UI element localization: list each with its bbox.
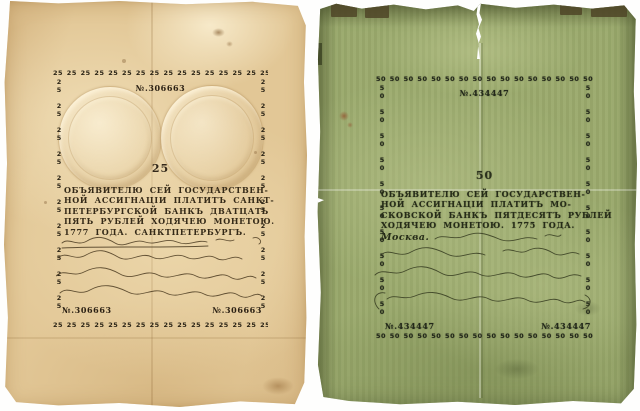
handwritten-signatures [56, 235, 268, 301]
obligation-line: ПЕТЕРБУРГСКОЙ БАНКЪ ДВАТЦАТЬ [64, 206, 264, 216]
obligation-text: ОБЪЯВИТЕЛЮ СЕЙ ГОСУДАРСТВЕН- НОЙ АССИГНА… [64, 185, 264, 237]
tape-residue-patch [560, 3, 582, 15]
serial-number-bottom-left: №.306663 [62, 305, 112, 315]
assignat-50-rubles-1775: 50 50 50 50 50 50 50 50 50 50 50 50 50 5… [317, 3, 637, 405]
paper-stain [254, 151, 257, 154]
serial-number-bottom-right: №.306663 [212, 305, 262, 315]
tape-residue-patch [365, 3, 389, 18]
tape-residue-patch [591, 3, 627, 17]
signature-flourish [375, 293, 385, 309]
signature-stroke [435, 233, 561, 241]
paper-stain [44, 201, 47, 204]
paper-stain [339, 111, 349, 121]
obligation-text: ОБЪЯВИТЕЛЮ СЕЙ ГОСУДАРСТВЕН- НОЙ АССИГНА… [381, 189, 587, 231]
obligation-line: НОЙ АССИГНАЦІИ ПЛАТИТЪ МО- [381, 199, 587, 209]
signature-after-place [433, 230, 563, 244]
paper-stain [262, 377, 294, 395]
signature-stroke [381, 248, 579, 257]
signature-stroke [62, 237, 261, 244]
signature-stroke [56, 268, 256, 280]
paper-stain [212, 28, 225, 37]
obligation-line: ПЯТЬ РУБЛЕЙ ХОДЯЧЕЮ МОНЕТОЮ. [64, 216, 264, 226]
ornament-border-top: 25 25 25 25 25 25 25 25 25 25 25 25 25 2… [53, 68, 268, 79]
obligation-line: СКОВСКОЙ БАНКЪ ПЯТДЕСЯТЪ РУБЛЕЙ [381, 210, 587, 220]
signature-stroke [60, 286, 262, 298]
signature-stroke [375, 267, 581, 279]
denomination-numeral: 25 [53, 162, 268, 175]
paper-stain [347, 122, 353, 128]
signature-underline [62, 246, 208, 248]
ornament-border-bottom: 25 25 25 25 25 25 25 25 25 25 25 25 25 2… [53, 320, 268, 331]
place-line: Москва. [381, 230, 563, 244]
serial-number-top: №.434447 [381, 88, 588, 98]
obligation-line: ОБЪЯВИТЕЛЮ СЕЙ ГОСУДАРСТВЕН- [64, 185, 264, 195]
ornament-border-top: 50 50 50 50 50 50 50 50 50 50 50 50 50 5… [376, 74, 593, 85]
signature-stroke [387, 292, 585, 302]
edge-dark-mark [317, 43, 322, 65]
place-name: Москва. [381, 232, 429, 243]
serial-number-bottom-right: №.434447 [541, 321, 591, 331]
obligation-line: НОЙ АССИГНАЦІИ ПЛАТИТЪ САНКТ- [64, 195, 264, 205]
paper-stain [495, 359, 539, 379]
edge-notch [317, 197, 324, 204]
serial-number-row: №.306663 №.306663 [62, 305, 262, 315]
signature-stroke [58, 251, 242, 260]
ornament-border-bottom: 50 50 50 50 50 50 50 50 50 50 50 50 50 5… [376, 331, 593, 342]
serial-number-row: №.434447 №.434447 [385, 321, 591, 331]
obligation-line: ОБЪЯВИТЕЛЮ СЕЙ ГОСУДАРСТВЕН- [381, 189, 587, 199]
tape-residue-patch [331, 3, 357, 17]
horizontal-fold-crease [4, 337, 307, 339]
serial-number-top: №.306663 [58, 83, 263, 93]
paper-stain [226, 41, 233, 47]
serial-number-bottom-left: №.434447 [385, 321, 435, 331]
paper-stain [575, 301, 601, 316]
photo-two-assignat-banknotes: 25 25 25 25 25 25 25 25 25 25 25 25 25 2… [0, 0, 640, 411]
corner-tear [317, 391, 331, 405]
paper-stain [122, 59, 126, 63]
handwritten-signatures [373, 245, 595, 327]
denomination-numeral: 50 [376, 169, 593, 182]
assignat-25-rubles-1777: 25 25 25 25 25 25 25 25 25 25 25 25 25 2… [4, 1, 307, 407]
